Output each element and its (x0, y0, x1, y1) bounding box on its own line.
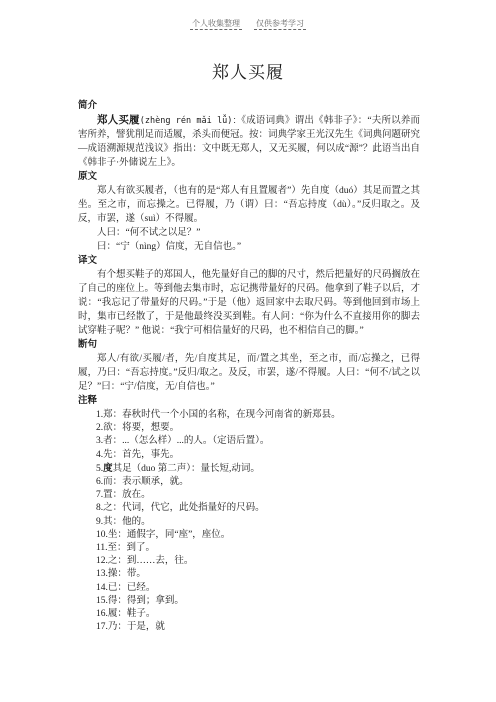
note-text: 得：得到；拿到。 (108, 596, 184, 606)
note-text: 郑：春秋时代一个小国的名称，在现今河南省的新郑县。 (103, 410, 341, 420)
note-number: 13. (96, 569, 108, 579)
note-item-16: 16.履：鞋子。 (78, 608, 420, 621)
note-text: 操：带。 (108, 569, 146, 579)
section-heading-translation: 译文 (78, 254, 420, 268)
note-number: 15. (96, 596, 108, 606)
note-item-3: 3.者：...（怎么样）...的人。（定语后置）。 (78, 435, 420, 448)
watermark-text-1: 个人收集整理 (190, 19, 242, 30)
intro-paragraph: 郑人买履(zhèng rén mǎi lǚ)：《成语词典》谓出《韩非子》：“夫所… (78, 113, 420, 170)
note-number: 17. (96, 622, 108, 632)
note-item-12: 12.之：到……去，往。 (78, 555, 420, 568)
note-text: 乃：于是，就 (108, 622, 165, 632)
note-text: 而：表示顺承，就。 (103, 477, 189, 487)
note-text: 至：到了。 (108, 543, 156, 553)
note-item-13: 13.操：带。 (78, 568, 420, 581)
section-heading-segmentation: 断句 (78, 338, 420, 352)
note-text: 欲：将要，想要。 (103, 423, 179, 433)
note-item-10: 10.坐：通假字，同“座”，座位。 (78, 529, 420, 542)
intro-term-pinyin: (zhèng rén mǎi lǚ)： (140, 116, 242, 126)
original-paragraph-1: 郑人有欲买履者，（也有的是“郑人有且置履者”）先自度（duó）其足而置之其坐。至… (78, 184, 420, 226)
note-text: 其足（duo 第二声）：量长短,动词。 (113, 464, 260, 474)
note-item-15: 15.得：得到；拿到。 (78, 595, 420, 608)
note-item-14: 14.已：已经。 (78, 582, 420, 595)
note-item-8: 8.之：代词，代它，此处指量好的尺码。 (78, 502, 420, 515)
note-item-1: 1.郑：春秋时代一个小国的名称，在现今河南省的新郑县。 (78, 409, 420, 422)
note-number: 14. (96, 583, 108, 593)
watermark-header: 个人收集整理 仅供参考学习 (0, 0, 496, 29)
note-bold-term: 度 (103, 463, 113, 474)
intro-term-bold: 郑人买履 (97, 114, 140, 126)
section-heading-intro: 简介 (78, 99, 420, 113)
note-item-4: 4.先：首先，事先。 (78, 449, 420, 462)
original-paragraph-3: 曰：“宁（nìng）信度，无自信也。” (78, 240, 420, 254)
note-number: 10. (96, 530, 108, 540)
note-text: 者：...（怎么样）...的人。（定语后置）。 (103, 436, 269, 446)
section-heading-original: 原文 (78, 170, 420, 184)
note-text: 先：首先，事先。 (103, 450, 179, 460)
note-text: 之：到……去，往。 (108, 556, 194, 566)
note-item-11: 11.至：到了。 (78, 542, 420, 555)
note-number: 12. (96, 556, 108, 566)
note-text: 其：他的。 (103, 517, 151, 527)
note-text: 之：代词，代它，此处指量好的尺码。 (103, 503, 265, 513)
watermark-text-2: 仅供参考学习 (254, 19, 306, 30)
note-item-7: 7.置：放在。 (78, 489, 420, 502)
translation-paragraph: 有个想买鞋子的郑国人，他先量好自己的脚的尺寸，然后把量好的尺码搁放在了自己的座位… (78, 268, 420, 338)
note-number: 11. (96, 543, 108, 553)
original-paragraph-2: 人曰：“何不试之以足？” (78, 226, 420, 240)
section-heading-annotations: 注释 (78, 394, 420, 408)
note-item-5: 5.度其足（duo 第二声）：量长短,动词。 (78, 462, 420, 476)
document-page: 个人收集整理 仅供参考学习 郑人买履 简介 郑人买履(zhèng rén mǎi… (0, 0, 496, 702)
note-text: 履：鞋子。 (108, 609, 156, 619)
note-text: 置：放在。 (103, 490, 151, 500)
note-item-9: 9.其：他的。 (78, 516, 420, 529)
document-body: 简介 郑人买履(zhèng rén mǎi lǚ)：《成语词典》谓出《韩非子》：… (0, 99, 496, 634)
page-title: 郑人买履 (0, 62, 496, 84)
note-text: 已：已经。 (108, 583, 156, 593)
note-item-2: 2.欲：将要，想要。 (78, 422, 420, 435)
note-item-17: 17.乃：于是，就 (78, 621, 420, 634)
segmentation-paragraph: 郑人/有欲/买履/者，先/自度其足，而/置之其坐，至之市，而/忘操之，已得履，乃… (78, 352, 420, 394)
note-item-6: 6.而：表示顺承，就。 (78, 476, 420, 489)
annotations-list: 1.郑：春秋时代一个小国的名称，在现今河南省的新郑县。 2.欲：将要，想要。 3… (78, 409, 420, 634)
note-number: 16. (96, 609, 108, 619)
note-text: 坐：通假字，同“座”，座位。 (108, 530, 230, 540)
